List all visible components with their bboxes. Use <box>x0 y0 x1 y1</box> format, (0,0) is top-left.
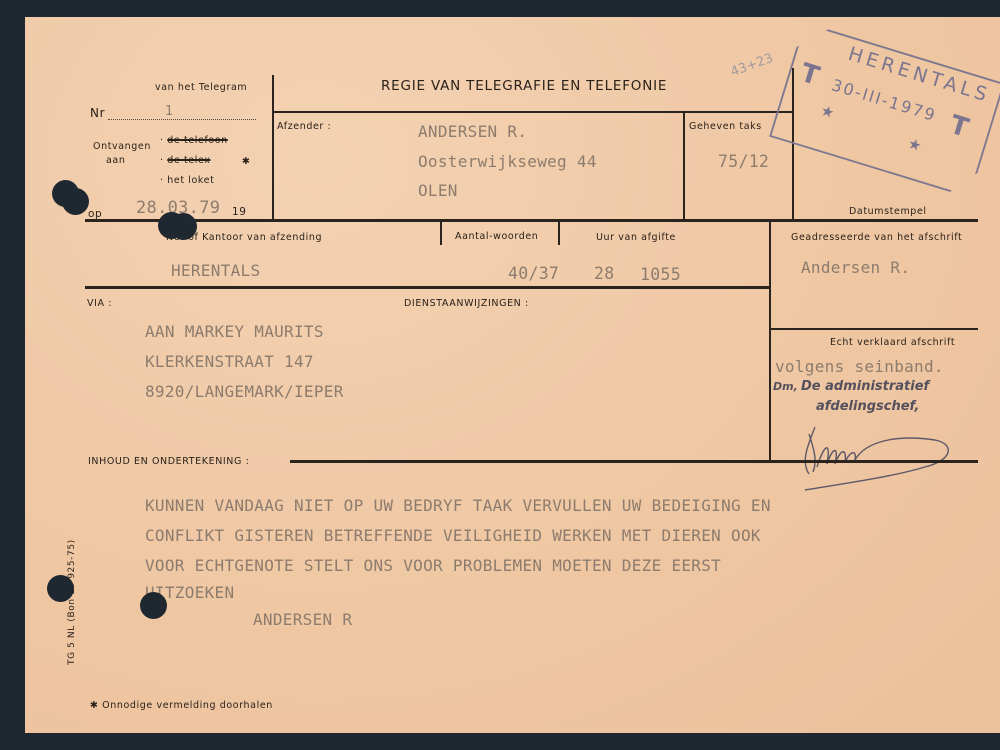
afzender-label: Afzender : <box>277 121 331 132</box>
divider <box>440 221 442 245</box>
divider <box>272 75 274 221</box>
message-line: VOOR ECHTGENOTE STELT ONS VOOR PROBLEMEN… <box>145 556 721 575</box>
dienstaanwijzingen-label: DIENSTAANWIJZINGEN : <box>404 298 529 309</box>
nr-label: Nr <box>90 106 105 120</box>
echt-label: Echt verklaard afschrift <box>830 337 955 348</box>
afzender-line: OLEN <box>418 181 458 200</box>
geadresseerde-value: Andersen R. <box>801 258 910 277</box>
signature-scribble <box>795 412 965 492</box>
echt-value: volgens seinband. <box>775 357 944 376</box>
admin-title-1: De administratief <box>801 379 929 394</box>
recipient-line: KLERKENSTRAAT 147 <box>145 352 314 371</box>
option-telefoon: · de telefoon <box>160 135 228 146</box>
inhoud-label: INHOUD EN ONDERTEKENING : <box>88 456 249 467</box>
punch-hole <box>47 575 74 602</box>
recipient-line: 8920/LANGEMARK/IEPER <box>145 382 344 401</box>
option-loket: · het loket <box>160 175 214 186</box>
form-title: REGIE VAN TELEGRAFIE EN TELEFONIE <box>381 78 667 94</box>
admin-prefix: Dm, <box>773 380 798 393</box>
aantal-woorden-label: Aantal-woorden <box>455 231 538 242</box>
recipient-line: AAN MARKEY MAURITS <box>145 322 324 341</box>
signature-text: ANDERSEN R <box>253 610 352 629</box>
option-telex: · de telex <box>160 155 210 166</box>
datumstempel-label: Datumstempel <box>849 206 927 217</box>
divider <box>769 221 771 463</box>
divider <box>290 460 978 463</box>
divider <box>770 328 978 330</box>
uur-time-value: 1055 <box>640 265 681 284</box>
divider <box>683 111 685 221</box>
ontvangen-label: Ontvangen <box>93 141 151 152</box>
divider <box>85 286 770 289</box>
punch-hole <box>170 213 197 240</box>
punch-hole <box>140 592 167 619</box>
van-het-telegram-label: van het Telegram <box>155 82 247 93</box>
divider <box>85 219 978 222</box>
year-prefix: 19 <box>232 206 247 218</box>
uur-day-value: 28 <box>594 264 614 283</box>
geadresseerde-label: Geadresseerde van het afschrift <box>791 232 962 243</box>
message-line: KUNNEN VANDAAG NIET OP UW BEDRYF TAAK VE… <box>145 496 771 515</box>
afzender-line: Oosterwijkseweg 44 <box>418 152 597 171</box>
punch-hole <box>62 188 89 215</box>
ontvangen-aan-label: aan <box>106 155 125 166</box>
footnote: ✱ Onnodige vermelding doorhalen <box>90 700 273 711</box>
form-code: TG 5 NL (Bon 15 925-75) <box>67 539 77 665</box>
divider <box>558 221 560 245</box>
geheven-taks-value: 75/12 <box>718 152 769 171</box>
aantal-woorden-value: 40/37 <box>508 264 559 283</box>
via-label: VIA : <box>87 298 112 309</box>
nr-value: 1 <box>165 104 173 119</box>
uur-label: Uur van afgifte <box>596 232 676 243</box>
afzender-line: ANDERSEN R. <box>418 122 527 141</box>
divider <box>272 111 792 113</box>
message-line: CONFLIKT GISTEREN BETREFFENDE VEILIGHEID… <box>145 526 761 545</box>
net-value: HERENTALS <box>171 261 260 280</box>
nr-dotted-line <box>108 119 256 120</box>
asterisk-icon: ✱ <box>242 156 251 167</box>
geheven-taks-label: Geheven taks <box>689 121 762 132</box>
